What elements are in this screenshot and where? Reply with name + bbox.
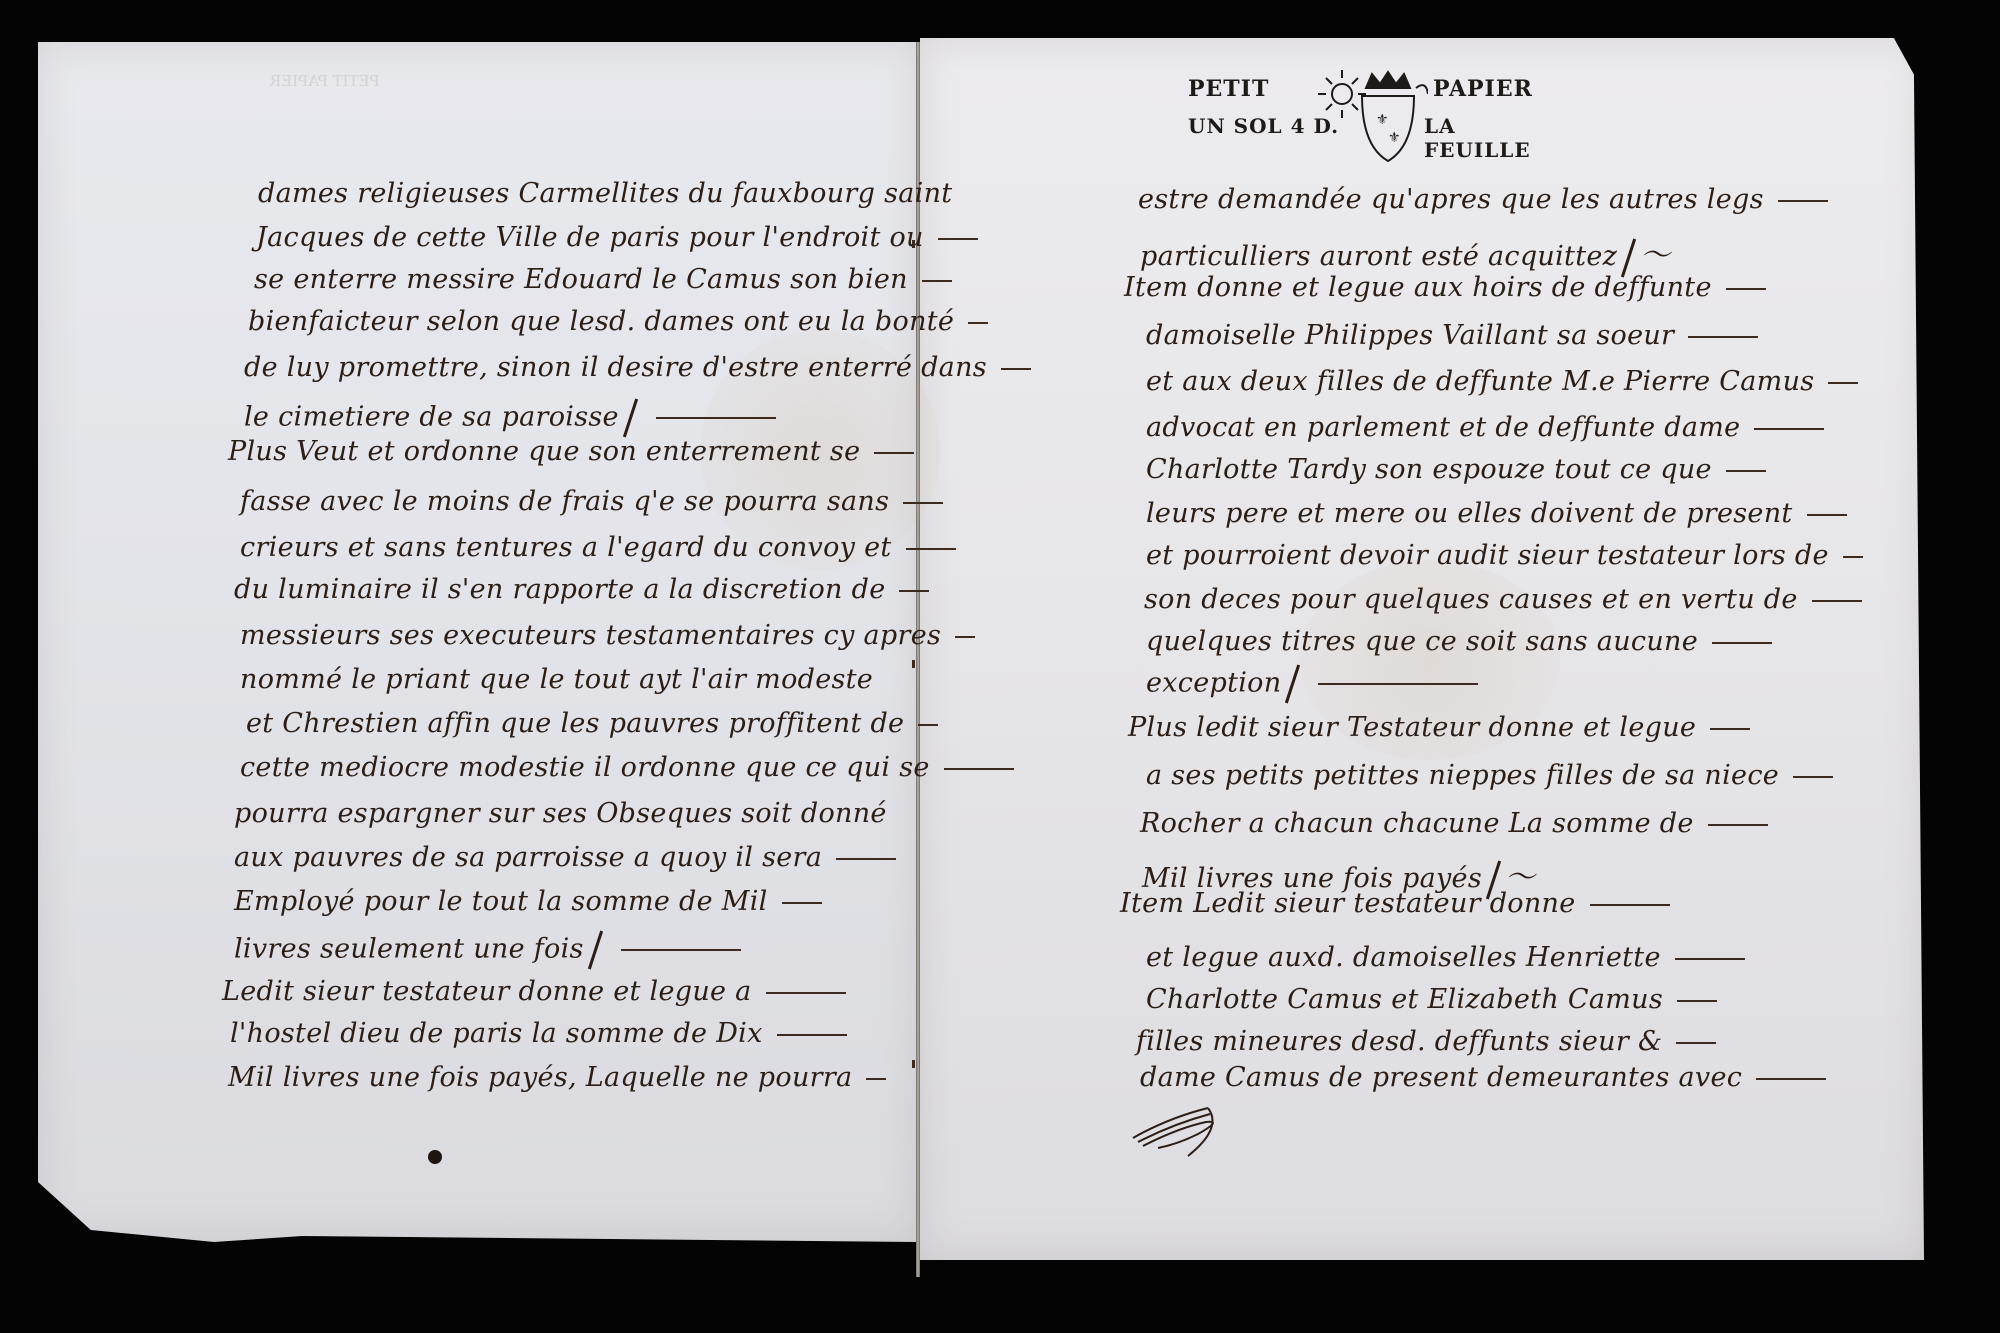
manuscript-line: Rocher a chacun chacune La somme de [1140, 808, 1768, 839]
manuscript-line: dame Camus de present demeurantes avec [1140, 1062, 1826, 1093]
manuscript-line: et aux deux filles de deffunte M.e Pierr… [1146, 366, 1858, 397]
manuscript-line: Plus Veut et ordonne que son enterrement… [228, 436, 914, 467]
manuscript-line: leurs pere et mere ou elles doivent de p… [1146, 498, 1847, 529]
manuscript-line: nommé le priant que le tout ayt l'air mo… [240, 664, 873, 695]
stamp-un-sol: UN SOL 4 D. [1188, 114, 1339, 138]
manuscript-line: et pourroient devoir audit sieur testate… [1146, 540, 1863, 571]
sun-crown-shield-icon: ⚜ ⚜ [1318, 66, 1428, 166]
manuscript-line: advocat en parlement et de deffunte dame [1146, 412, 1824, 443]
manuscript-line: de luy promettre, sinon il desire d'estr… [244, 352, 1031, 383]
manuscript-line: bienfaicteur selon que lesd. dames ont e… [248, 306, 988, 337]
manuscript-line: Charlotte Tardy son espouze tout ce que [1146, 454, 1766, 485]
manuscript-line: Ledit sieur testateur donne et legue a [222, 976, 846, 1007]
manuscript-line: crieurs et sans tentures a l'egard du co… [240, 532, 956, 563]
ink-blot [428, 1150, 442, 1164]
manuscript-line: livres seulement une fois [234, 930, 741, 970]
manuscript-line: le cimetiere de sa paroisse [244, 398, 776, 438]
manuscript-line: pourra espargner sur ses Obseques soit d… [234, 798, 887, 829]
stamp-petit: PETIT [1188, 76, 1269, 102]
manuscript-line: cette mediocre modestie il ordonne que c… [240, 752, 1014, 783]
section-slash [588, 931, 603, 970]
manuscript-line: fasse avec le moins de frais q'e se pour… [240, 486, 943, 517]
manuscript-line: particulliers auront esté acquittez〜 [1140, 230, 1670, 278]
manuscript-line: l'hostel dieu de paris la somme de Dix [230, 1018, 847, 1049]
tilde-flourish-icon: 〜 [1640, 238, 1670, 273]
stamp-papier: PAPIER [1433, 76, 1533, 102]
paraphe-signature-icon [1128, 1098, 1248, 1158]
manuscript-line: Jacques de cette Ville de paris pour l'e… [256, 222, 978, 253]
manuscript-line: exception [1146, 664, 1478, 704]
section-slash [623, 399, 638, 438]
manuscript-line: du luminaire il s'en rapporte a la discr… [234, 574, 929, 605]
manuscript-line: Item donne et legue aux hoirs de deffunt… [1124, 272, 1766, 303]
manuscript-line: son deces pour quelques causes et en ver… [1144, 584, 1862, 615]
manuscript-line: a ses petits petittes nieppes filles de … [1146, 760, 1833, 791]
svg-text:⚜: ⚜ [1388, 130, 1401, 146]
manuscript-line: Charlotte Camus et Elizabeth Camus [1146, 984, 1717, 1015]
manuscript-line: Mil livres une fois payés, Laquelle ne p… [228, 1062, 886, 1093]
section-slash [1285, 665, 1300, 704]
manuscript-line: se enterre messire Edouard le Camus son … [254, 264, 952, 295]
manuscript-line: dames religieuses Carmellites du fauxbou… [258, 178, 952, 209]
manuscript-line: Employé pour le tout la somme de Mil [234, 886, 822, 917]
manuscript-line: messieurs ses executeurs testamentaires … [240, 620, 975, 651]
manuscript-line: Plus ledit sieur Testateur donne et legu… [1128, 712, 1750, 743]
margin-tick [912, 660, 915, 668]
manuscript-line: et Chrestien affin que les pauvres proff… [246, 708, 938, 739]
manuscript-line: quelques titres que ce soit sans aucune [1146, 626, 1772, 657]
manuscript-line: et legue auxd. damoiselles Henriette [1146, 942, 1745, 973]
margin-tick [912, 240, 915, 248]
tax-stamp: PETIT PAPIER UN SOL 4 D. LA FEUILLE ⚜ ⚜ [1188, 66, 1548, 166]
manuscript-line: filles mineures desd. deffunts sieur & [1136, 1026, 1716, 1057]
manuscript-line: damoiselle Philippes Vaillant sa soeur [1146, 320, 1758, 351]
margin-tick [912, 1060, 915, 1068]
stamp-la-feuille: LA FEUILLE [1424, 114, 1548, 162]
manuscript-line: Item Ledit sieur testateur donne [1120, 888, 1670, 919]
manuscript-line: estre demandée qu'apres que les autres l… [1138, 184, 1828, 215]
manuscript-line: aux pauvres de sa parroisse a quoy il se… [234, 842, 896, 873]
svg-text:⚜: ⚜ [1376, 112, 1389, 128]
bleed-through-stamp: PETIT PAPIER [270, 70, 380, 92]
